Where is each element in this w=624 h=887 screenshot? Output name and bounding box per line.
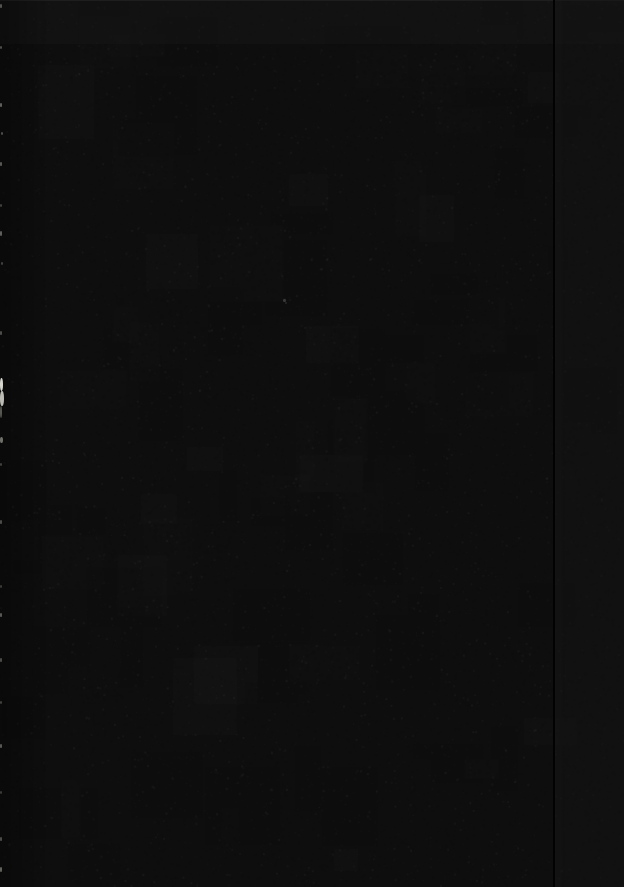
film-grain-noise-layer [0, 0, 624, 887]
scanned-black-page [0, 0, 624, 887]
